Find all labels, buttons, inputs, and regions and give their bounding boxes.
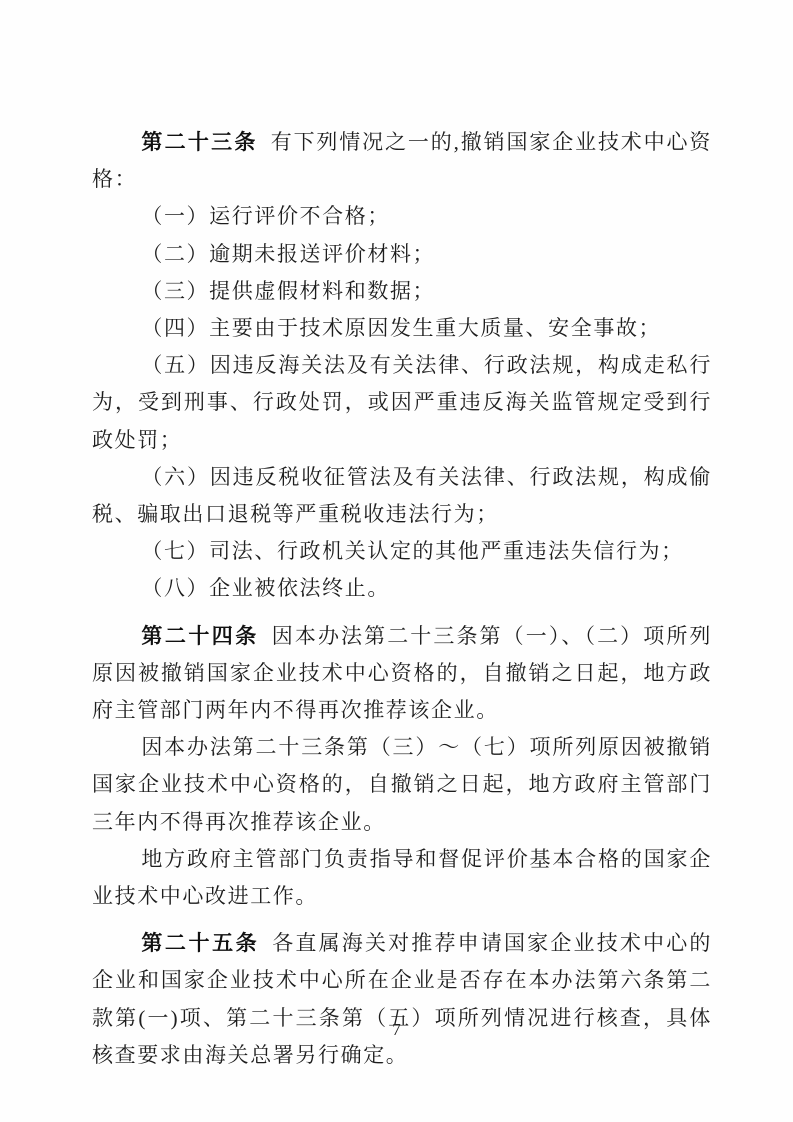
- document-page: 第二十三条有下列情况之一的,撤销国家企业技术中心资格： （一）运行评价不合格； …: [0, 0, 793, 1122]
- item-text: （五）因违反海关法及有关法律、行政法规，构成走私行为，受到刑事、行政处罚，或因严…: [92, 353, 712, 451]
- article-23-item-5: （五）因违反海关法及有关法律、行政法规，构成走私行为，受到刑事、行政处罚，或因严…: [92, 347, 712, 459]
- article-23-term: 第二十三条: [141, 131, 257, 154]
- article-25-opening-paragraph: 第二十五条各直属海关对推荐申请国家企业技术中心的企业和国家企业技术中心所在企业是…: [92, 925, 712, 1074]
- article-23-item-3: （三）提供虚假材料和数据；: [92, 273, 712, 310]
- item-text: （四）主要由于技术原因发生重大质量、安全事故；: [141, 316, 661, 340]
- article-23-item-2: （二）逾期未报送评价材料；: [92, 236, 712, 273]
- article-23-item-6: （六）因违反税收征管法及有关法律、行政法规，构成偷税、骗取出口退税等严重税收违法…: [92, 459, 712, 533]
- paragraph-text: 因本办法第二十三条第（三）～（七）项所列原因被撤销国家企业技术中心资格的，自撤销…: [92, 735, 712, 833]
- article-24-paragraph-2: 因本办法第二十三条第（三）～（七）项所列原因被撤销国家企业技术中心资格的，自撤销…: [92, 729, 712, 841]
- article-24-opening-paragraph: 第二十四条因本办法第二十三条第（一）、（二）项所列原因被撤销国家企业技术中心资格…: [92, 618, 712, 730]
- article-24-paragraph-3: 地方政府主管部门负责指导和督促评价基本合格的国家企业技术中心改进工作。: [92, 841, 712, 915]
- article-23-item-7: （七）司法、行政机关认定的其他严重违法失信行为；: [92, 533, 712, 570]
- item-text: （三）提供虚假材料和数据；: [141, 279, 435, 303]
- item-text: （八）企业被依法终止。: [141, 576, 390, 600]
- item-text: （七）司法、行政机关认定的其他严重违法失信行为；: [141, 539, 683, 563]
- document-content: 第二十三条有下列情况之一的,撤销国家企业技术中心资格： （一）运行评价不合格； …: [92, 124, 712, 1074]
- article-23-item-4: （四）主要由于技术原因发生重大质量、安全事故；: [92, 310, 712, 347]
- article-25-term: 第二十五条: [141, 932, 259, 955]
- item-text: （二）逾期未报送评价材料；: [141, 242, 435, 266]
- article-24-term: 第二十四条: [141, 625, 258, 648]
- article-23-item-1: （一）运行评价不合格；: [92, 198, 712, 235]
- item-text: （一）运行评价不合格；: [141, 204, 390, 228]
- article-23-item-8: （八）企业被依法终止。: [92, 570, 712, 607]
- article-23-opening-paragraph: 第二十三条有下列情况之一的,撤销国家企业技术中心资格：: [92, 124, 712, 198]
- page-number: 7: [0, 1020, 793, 1040]
- item-text: （六）因违反税收征管法及有关法律、行政法规，构成偷税、骗取出口退税等严重税收违法…: [92, 465, 712, 526]
- paragraph-text: 地方政府主管部门负责指导和督促评价基本合格的国家企业技术中心改进工作。: [92, 847, 712, 908]
